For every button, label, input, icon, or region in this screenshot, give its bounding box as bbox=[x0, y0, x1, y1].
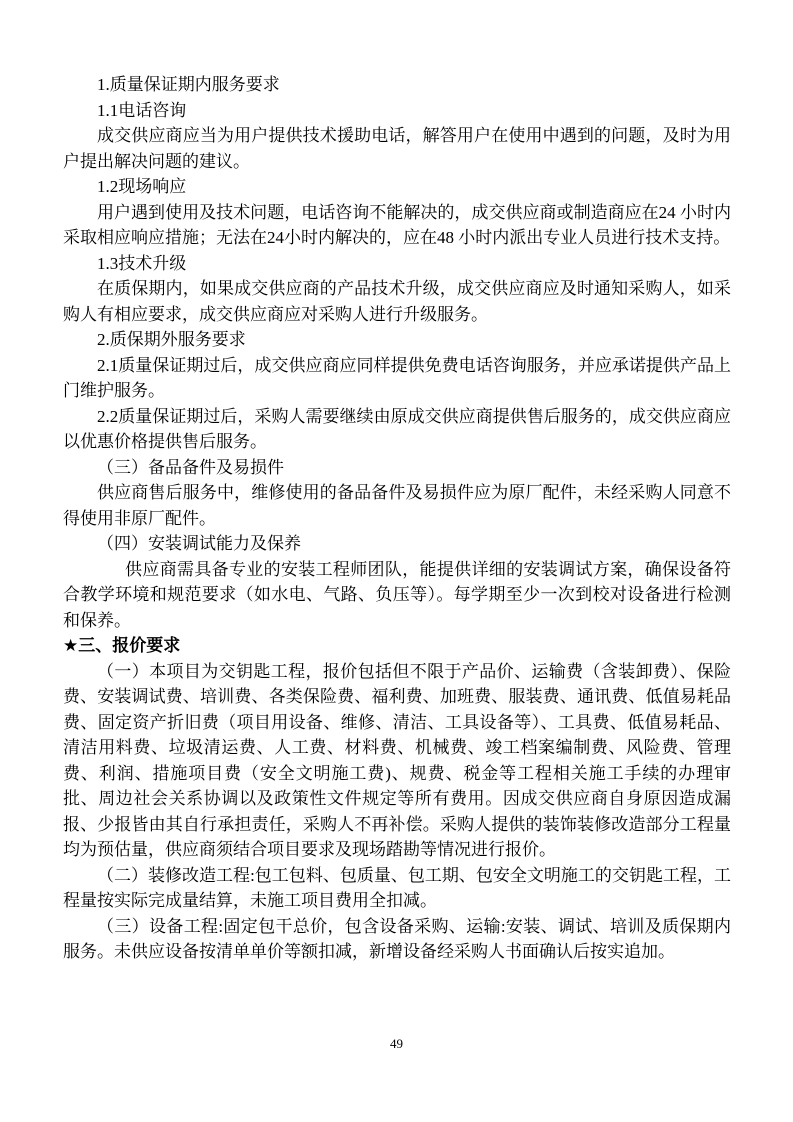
clause-heading-phone-consulting: 1.1电话咨询 bbox=[63, 98, 731, 124]
clause-heading-installation-maintenance: （四）安装调试能力及保养 bbox=[63, 531, 731, 557]
page-number: 49 bbox=[390, 1036, 403, 1051]
body-paragraph: 供应商需具备专业的安装工程师团队，能提供详细的安装调试方案，确保设备符合教学环境… bbox=[63, 557, 731, 634]
body-paragraph: 用户遇到使用及技术问题，电话咨询不能解决的，成交供应商或制造商应在24 小时内采… bbox=[63, 200, 731, 251]
body-paragraph: （三）设备工程:固定包干总价，包含设备采购、运输:安装、调试、培训及质保期内服务… bbox=[63, 914, 731, 965]
body-paragraph: 供应商售后服务中，维修使用的备品备件及易损件应为原厂配件，未经采购人同意不得使用… bbox=[63, 480, 731, 531]
document-page: 1.质量保证期内服务要求 1.1电话咨询 成交供应商应当为用户提供技术援助电话，… bbox=[0, 0, 793, 1122]
body-paragraph: （一）本项目为交钥匙工程，报价包括但不限于产品价、运输费（含装卸费）、保险费、安… bbox=[63, 659, 731, 863]
document-body: 1.质量保证期内服务要求 1.1电话咨询 成交供应商应当为用户提供技术援助电话，… bbox=[63, 72, 731, 965]
body-paragraph: 在质保期内，如果成交供应商的产品技术升级，成交供应商应及时通知采购人，如采购人有… bbox=[63, 276, 731, 327]
body-paragraph: （二）装修改造工程:包工包料、包质量、包工期、包安全文明施工的交钥匙工程，工程量… bbox=[63, 863, 731, 914]
body-paragraph: 2.1质量保证期过后，成交供应商应同样提供免费电话咨询服务，并应承诺提供产品上门… bbox=[63, 353, 731, 404]
page-footer: 49 bbox=[0, 1036, 793, 1052]
clause-heading-spare-parts: （三）备品备件及易损件 bbox=[63, 455, 731, 481]
clause-heading-post-warranty-service: 2.质保期外服务要求 bbox=[63, 327, 731, 353]
section-heading-pricing-requirements: ★三、报价要求 bbox=[63, 633, 731, 659]
clause-heading-tech-upgrade: 1.3技术升级 bbox=[63, 251, 731, 277]
body-paragraph: 成交供应商应当为用户提供技术援助电话，解答用户在使用中遇到的问题，及时为用户提出… bbox=[63, 123, 731, 174]
body-paragraph: 2.2质量保证期过后，采购人需要继续由原成交供应商提供售后服务的，成交供应商应以… bbox=[63, 404, 731, 455]
clause-heading-warranty-service: 1.质量保证期内服务要求 bbox=[63, 72, 731, 98]
clause-heading-onsite-response: 1.2现场响应 bbox=[63, 174, 731, 200]
